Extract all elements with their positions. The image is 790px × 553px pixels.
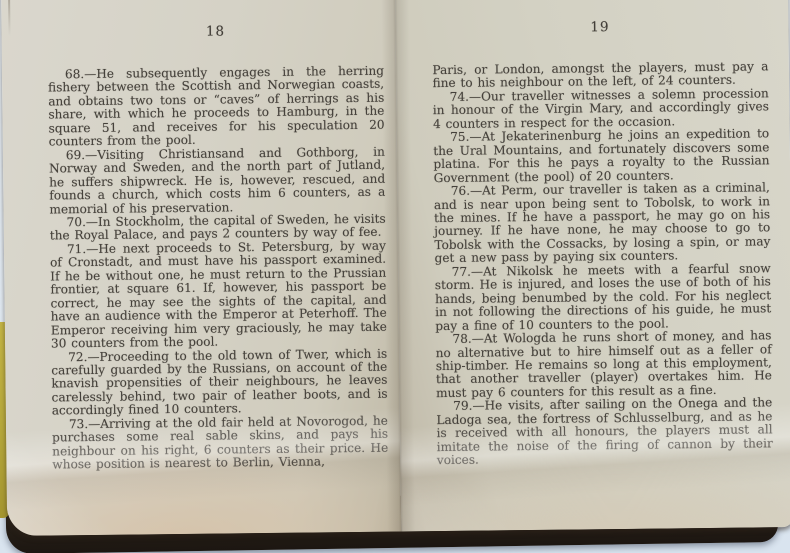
page-right-text: Paris, or London, amongst the players, m… [432, 60, 773, 467]
paragraph-68: 68.—He subsequently engages in the herri… [48, 65, 385, 150]
page-left: 18 68.—He subsequently engages in the he… [1, 0, 401, 536]
paragraph-74: 74.—Our traveller witnesses a solemn pro… [433, 87, 769, 131]
book-gutter-fold [380, 0, 414, 532]
paragraph-77: 77.—At Nikolsk he meets with a fearful s… [435, 262, 772, 333]
page-left-text: 68.—He subsequently engages in the herri… [48, 65, 389, 472]
paragraph-71: 71.—He next proceeds to St. Petersburg, … [50, 240, 387, 351]
under-page-edge [8, 0, 11, 36]
paragraph-73: 73.—Arriving at the old fair held at Nov… [52, 414, 389, 472]
page-right: 19 Paris, or London, amongst the players… [394, 0, 790, 532]
paragraph-72: 72.—Proceeding to the old town of Twer, … [51, 347, 388, 418]
book-photo: 18 68.—He subsequently engages in the he… [0, 0, 790, 553]
open-book-pages: 18 68.—He subsequently engages in the he… [1, 0, 790, 536]
paragraph-78: 78.—At Wologda he runs short of money, a… [435, 329, 772, 400]
paragraph-69: 69.—Visiting Christiansand and Gothborg,… [49, 145, 386, 216]
paragraph-79: 79.—He visits, after sailing on the Oneg… [436, 397, 773, 468]
paragraph-76: 76.—At Perm, our traveller is taken as a… [434, 181, 771, 266]
page-number-left: 18 [47, 22, 383, 42]
paragraph-75: 75.—At Jekaterinenburg he joins an exped… [433, 128, 770, 186]
page-number-right: 19 [432, 17, 768, 37]
